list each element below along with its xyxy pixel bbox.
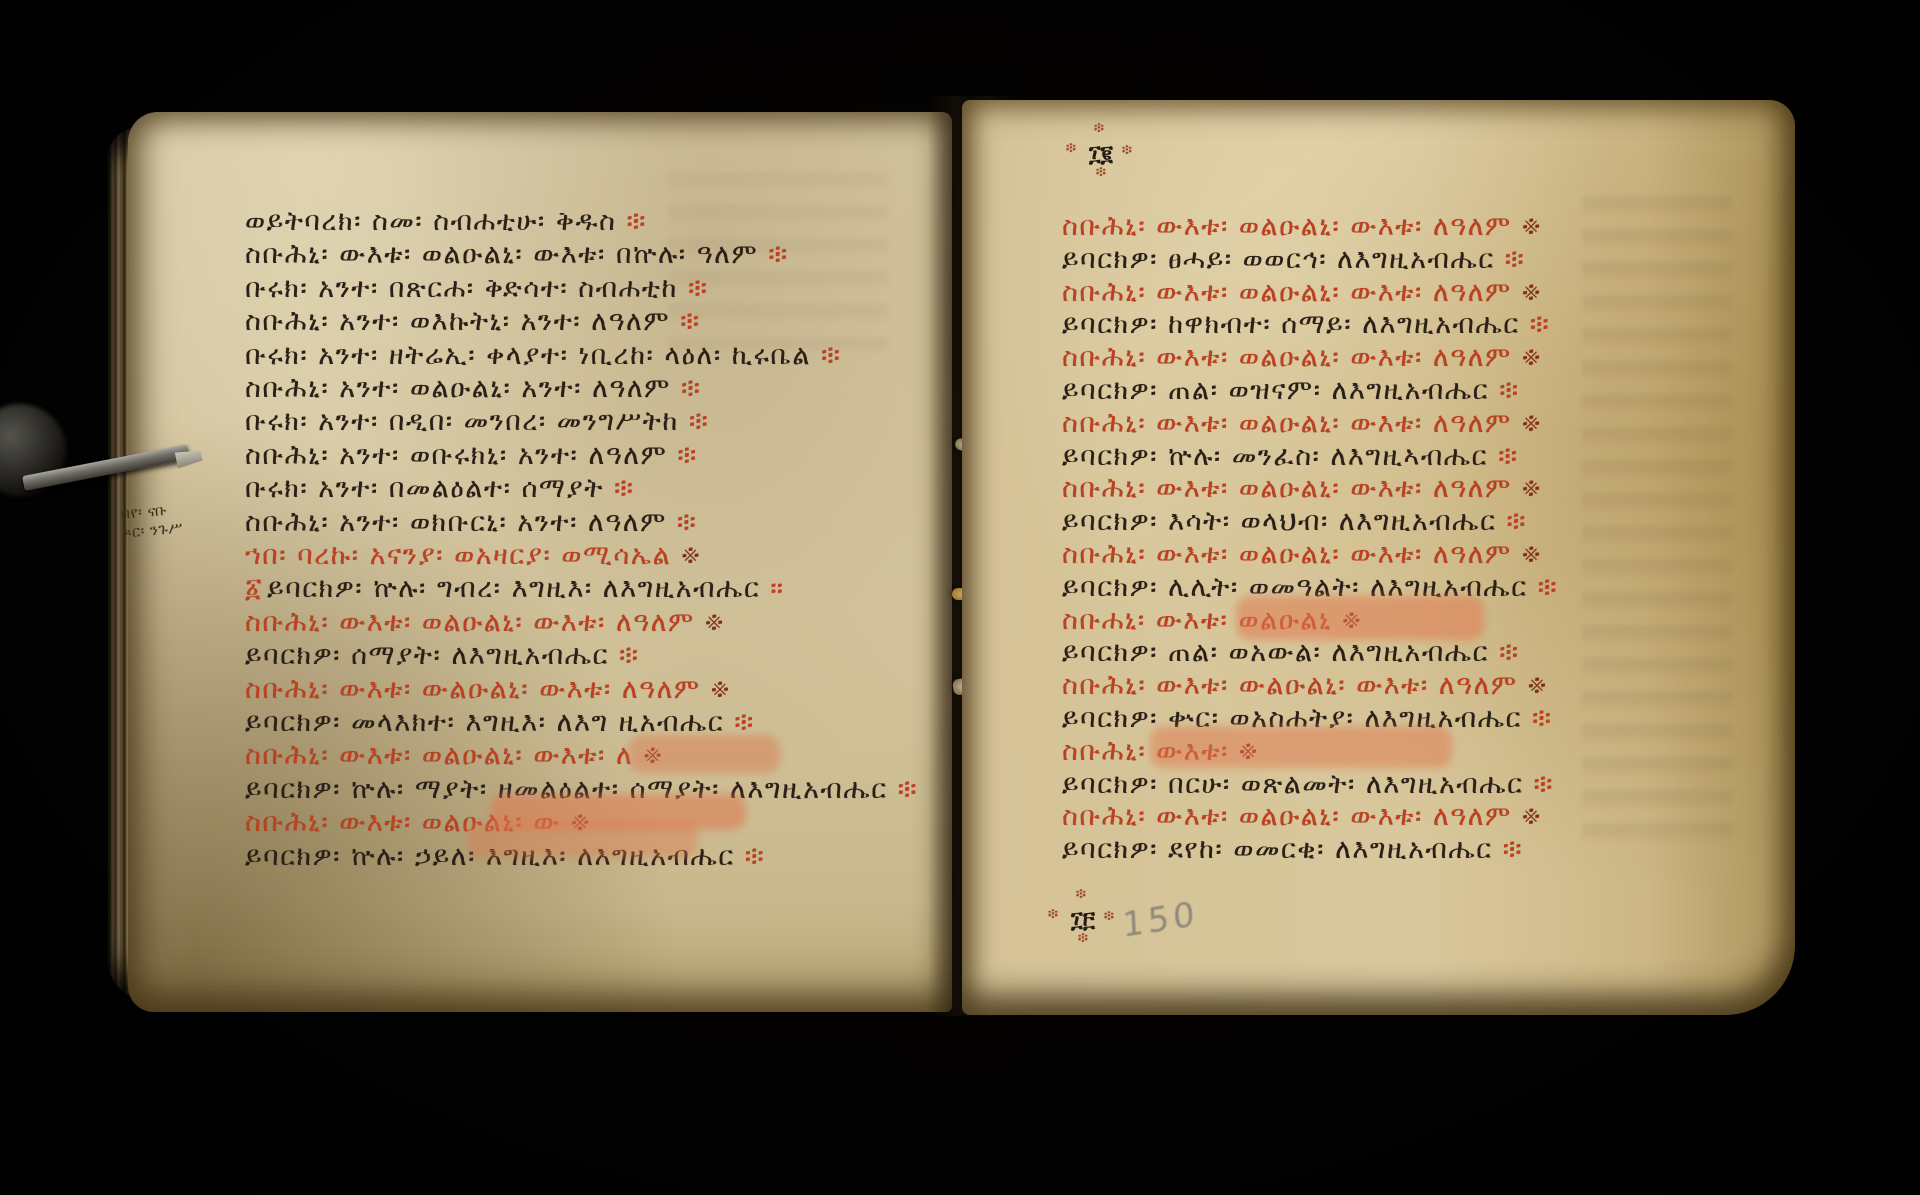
- manuscript-line: ስቡሕኒ፡ አንተ፡ ወእኩትኒ፡ አንተ፡ ለዓለም ፨: [245, 307, 701, 337]
- manuscript-line: ይባርክዎ፡ ፀሓይ፡ ወወርኅ፡ ለእግዚአብሔር ፨: [1062, 245, 1525, 275]
- line-end-mark: ፨: [758, 239, 789, 270]
- manuscript-line: ስቡሕኒ፡ አንተ፡ ወልዑልኒ፡ አንተ፡ ለዓለም ፨: [245, 374, 701, 404]
- manuscript-line: ስቡሕኒ፡ ውእቱ፡ ወልዑልኒ፡ ውእቱ፡ ለዓለም ፠: [1062, 343, 1542, 373]
- line-end-mark: ፠: [1512, 211, 1542, 242]
- manuscript-line: ስቡሕኒ፡ ውእቱ፡ ወልዑልኒ፡ ውእቱ፡ ለዓለም ፠: [245, 608, 725, 638]
- line-end-mark: ፨: [811, 340, 842, 371]
- manuscript-line: ስቡሕኒ፡ ውእቱ፡ ውልዑልኒ፡ ውእቱ፡ ለዓለም ፠: [1062, 671, 1548, 701]
- line-end-mark: ፨: [670, 306, 701, 337]
- manuscript-line: ወይትባረክ፡ ስመ፡ ስብሐቲሁ፡ ቅዱስ ፨: [245, 207, 647, 237]
- line-text: ስቡሕኒ፡ አንተ፡ ወልዑልኒ፡ አንተ፡ ለዓለም: [245, 373, 671, 404]
- manuscript-line: ይባርክዎ፡ እሳት፡ ወላህብ፡ ለእግዚአብሔር ፨: [1062, 507, 1527, 537]
- line-text: ስቡሕኒ፡ ውእቱ፡ ወልዑልኒ፡ ውእቱ፡ ለዓለም: [1062, 277, 1512, 308]
- manuscript-line: ስቡሕኒ፡ ውእቱ፡ ወልዑልኒ፡ ውእቱ፡ ለ ፠: [245, 741, 663, 771]
- ornament-cross-icon: ፨: [1076, 886, 1086, 902]
- line-text: ይባርክዎ፡ ከዋክብተ፡ ሰማይ፡ ለእግዚአብሔር: [1062, 309, 1520, 340]
- manuscript-line: ይባርክዎ፡ በርሁ፡ ወጽልመት፡ ለእግዚአብሔር ፨: [1062, 770, 1554, 800]
- manuscript-line: ይባርክዎ፡ ኵሉ፡ መንፈስ፡ ለእግዚኣብሔር ፨: [1062, 442, 1519, 472]
- line-end-mark: ፠: [1512, 342, 1542, 373]
- line-end-mark: ፨: [1496, 506, 1527, 537]
- line-number-prefix: ፩: [245, 573, 263, 604]
- line-end-mark: ፨: [1489, 375, 1520, 406]
- left-page: በየ፡ ናቡ ጾር፡ ንጉሥ ወይትባረክ፡ ስመ፡ ስብሐቲሁ፡ ቅዱስ ፨ስ…: [128, 112, 952, 1012]
- line-end-mark: ፨: [679, 406, 710, 437]
- line-end-mark: ፨: [1493, 834, 1524, 865]
- ink-smear: [1150, 726, 1452, 768]
- ornament-cross-icon: ፨: [1104, 908, 1114, 924]
- line-end-mark: ፨: [1488, 441, 1519, 472]
- manuscript-line: ስቡሕኒ፡ ውእቱ፡ ወልዑልኒ፡ ውእቱ፡ ለዓለም ፠: [1062, 474, 1542, 504]
- manuscript-line: ይባርክዎ፡ መላእክተ፡ እግዚእ፡ ለእግ ዚአብሔር ፨: [245, 708, 755, 738]
- line-end-mark: ፨: [1489, 637, 1520, 668]
- manuscript-line: ኀበ፡ ባረኩ፡ አናንያ፡ ወአዛርያ፡ ወሚሳኤል ፠: [245, 541, 701, 571]
- line-end-mark: ፠: [1512, 539, 1542, 570]
- ornament-cross-icon: ፨: [1122, 142, 1132, 158]
- line-text: ስቡሕኒ፡ ውእቱ፡ ወልዑልኒ፡ ውእቱ፡ ለ: [245, 740, 633, 771]
- line-end-mark: ፠: [671, 540, 701, 571]
- right-page: ፨ ፨ ፨ ፨ ፲፪ ስቡሕኒ፡ ውእቱ፡ ወልዑልኒ፡ ውእቱ፡ ለዓለም ፠…: [962, 100, 1795, 1015]
- line-end-mark: ፨: [735, 841, 766, 872]
- line-end-mark: ፠: [1518, 670, 1548, 701]
- line-text: ስቡሕኒ፡ ውእቱ፡ ውልዑልኒ፡ ውእቱ፡ ለዓለም: [245, 674, 701, 705]
- line-end-mark: ፠: [695, 607, 725, 638]
- line-text: ይባርክዎ፡ ደየከ፡ ወመርቂ፡ ለእግዚአብሔር: [1062, 834, 1493, 865]
- line-end-mark: ፨: [888, 774, 919, 805]
- manuscript-line: ስቡሕኒ፡ ውእቱ፡ ወልዑልኒ፡ ውእቱ፡ በኵሉ፡ ዓለም ፨: [245, 240, 789, 270]
- quire-number: ፲፫: [1071, 908, 1095, 933]
- line-text: ስቡሕኒ፡ ውእቱ፡ ወልዑልኒ፡ ውእቱ፡ ለዓለም: [245, 607, 695, 638]
- manuscript-line: ይባርክዎ፡ ከዋክብተ፡ ሰማይ፡ ለእግዚአብሔር ፨: [1062, 310, 1550, 340]
- line-text: ኀበ፡ ባረኩ፡ አናንያ፡ ወአዛርያ፡ ወሚሳኤል: [245, 540, 671, 571]
- manuscript-line: ይባርክዎ፡ ጠል፡ ወዝናም፡ ለእግዚአብሔር ፨: [1062, 376, 1520, 406]
- line-text: ስቡሕኒ፡ ውእቱ፡ ወልዑልኒ፡ ውእቱ፡ ለዓለም: [1062, 473, 1512, 504]
- metal-pointer: [0, 408, 210, 528]
- line-text: ስቡሕኒ፡ ውእቱ፡ ወልዑልኒ፡ ውእቱ፡ ለዓለም: [1062, 801, 1512, 832]
- line-text: ስቡሕኒ፡ አንተ፡ ወእኩትኒ፡ አንተ፡ ለዓለም: [245, 306, 670, 337]
- manuscript-line: ስቡሕኒ፡ ውእቱ፡ ወልዑልኒ፡ ውእቱ፡ ለዓለም ፠: [1062, 540, 1542, 570]
- manuscript-line: ቡሩክ፡ አንተ፡ ዘትሬኢ፡ ቀላያተ፡ ነቢረከ፡ ላዕለ፡ ኪሩቤል ፨: [245, 341, 842, 371]
- line-text: ቡሩክ፡ አንተ፡ በመልዕልተ፡ ሰማያት: [245, 473, 604, 504]
- line-end-mark: ፨: [667, 507, 698, 538]
- line-text: ይባርክዎ፡ መላእክተ፡ እግዚእ፡ ለእግ ዚአብሔር: [245, 707, 724, 738]
- line-text: ወይትባረክ፡ ስመ፡ ስብሐቲሁ፡ ቅዱስ: [245, 206, 616, 237]
- line-end-mark: ፨: [1520, 309, 1551, 340]
- line-end-mark: ፠: [1512, 473, 1542, 504]
- line-text: ቡሩክ፡ አንተ፡ ዘትሬኢ፡ ቀላያተ፡ ነቢረከ፡ ላዕለ፡ ኪሩቤል: [245, 340, 811, 371]
- line-text: ስቡሕኒ፡ አንተ፡ ወክቡርኒ፡ አንተ፡ ለዓለም: [245, 507, 667, 538]
- line-end-mark: ።: [760, 573, 784, 604]
- line-end-mark: ፨: [1528, 572, 1559, 603]
- manuscript-line: ፩ይባርክዎ፡ ኵሉ፡ ግብረ፡ እግዚእ፡ ለእግዚአብሔር ።: [245, 574, 784, 604]
- line-text: ስቡሕኒ፡ ውእቱ፡ ወልዑልኒ፡ ውእቱ፡ ለዓለም: [1062, 408, 1512, 439]
- line-text: ስቡሕኒ፡ ውእቱ፡ ወልዑልኒ፡ ውእቱ፡ በኵሉ፡ ዓለም: [245, 239, 758, 270]
- line-end-mark: ፨: [678, 273, 709, 304]
- line-text: ይባርክዎ፡ በርሁ፡ ወጽልመት፡ ለእግዚአብሔር: [1062, 769, 1523, 800]
- ornament-cross-icon: ፨: [1066, 140, 1076, 156]
- manuscript-line: ይባርክዎ፡ ደየከ፡ ወመርቂ፡ ለእግዚአብሔር ፨: [1062, 835, 1523, 865]
- ink-smear: [628, 735, 780, 773]
- line-end-mark: ፨: [667, 440, 698, 471]
- line-end-mark: ፠: [1512, 408, 1542, 439]
- line-end-mark: ፠: [1512, 801, 1542, 832]
- manuscript-line: ስቡሕኒ፡ ውእቱ፡ ወልዑልኒ፡ ውእቱ፡ ለዓለም ፠: [1062, 278, 1542, 308]
- line-end-mark: ፠: [701, 674, 731, 705]
- manuscript-line: ስቡሕኒ፡ አንተ፡ ወቡሩክኒ፡ አንተ፡ ለዓለም ፨: [245, 441, 698, 471]
- line-text: ይባርክዎ፡ ኵሉ፡ ግብረ፡ እግዚእ፡ ለእግዚአብሔር: [267, 573, 760, 604]
- manuscript-line: ስቡሕኒ፡ ውእቱ፡ ወልዑልኒ፡ ውእቱ፡ ለዓለም ፠: [1062, 802, 1542, 832]
- manuscript-line: ቡሩክ፡ አንተ፡ በመልዕልተ፡ ሰማያት ፨: [245, 474, 635, 504]
- line-text: ይባርክዎ፡ ሰማያት፡ ለእግዚአብሔር: [245, 640, 609, 671]
- quire-mark-bottom: ፨ ፨ ፨ ፨ ፲፫: [1044, 890, 1130, 960]
- manuscript-line: ይባርክዎ፡ ሰማያት፡ ለእግዚአብሔር ፨: [245, 641, 639, 671]
- line-end-mark: ፨: [1495, 244, 1526, 275]
- quire-number: ፲፪: [1089, 142, 1113, 167]
- line-end-mark: ፨: [724, 707, 755, 738]
- ornament-cross-icon: ፨: [1094, 120, 1104, 136]
- line-text: ስቡሕኒ፡ ውእቱ፡ ወልዑልኒ፡ ውእቱ፡ ለዓለም: [1062, 211, 1512, 242]
- manuscript-line: ስቡሕኒ፡ ውእቱ፡ ወልዑልኒ፡ ውእቱ፡ ለዓለም ፠: [1062, 409, 1542, 439]
- ornament-cross-icon: ፨: [1048, 906, 1058, 922]
- line-end-mark: ፨: [671, 373, 702, 404]
- line-text: ይባርክዎ፡ ኵሉ፡ መንፈስ፡ ለእግዚኣብሔር: [1062, 441, 1488, 472]
- line-end-mark: ፨: [609, 640, 640, 671]
- line-text: ቡሩክ፡ አንተ፡ በዲበ፡ መንበረ፡ መንግሥትከ: [245, 406, 679, 437]
- line-text: ስቡሕኒ፡ ውእቱ፡ ውልዑልኒ፡ ውእቱ፡ ለዓለም: [1062, 670, 1518, 701]
- line-text: ይባርክዎ፡ ጠል፡ ወአውል፡ ለእግዚአብሔር: [1062, 637, 1489, 668]
- ink-smear: [1236, 596, 1484, 640]
- manuscript-photograph: በየ፡ ናቡ ጾር፡ ንጉሥ ወይትባረክ፡ ስመ፡ ስብሐቲሁ፡ ቅዱስ ፨ስ…: [0, 0, 1920, 1195]
- line-end-mark: ፨: [1522, 703, 1553, 734]
- line-text: ይባርክዎ፡ እሳት፡ ወላህብ፡ ለእግዚአብሔር: [1062, 506, 1496, 537]
- line-text: ቡሩክ፡ አንተ፡ በጽርሐ፡ ቅድሳተ፡ ስብሐቲከ: [245, 273, 678, 304]
- manuscript-line: ቡሩክ፡ አንተ፡ በጽርሐ፡ ቅድሳተ፡ ስብሐቲከ ፨: [245, 274, 708, 304]
- line-end-mark: ፨: [616, 206, 647, 237]
- pencil-folio-number: 150: [1121, 894, 1199, 946]
- line-end-mark: ፨: [604, 473, 635, 504]
- line-text: ይባርክዎ፡ ጠል፡ ወዝናም፡ ለእግዚአብሔር: [1062, 375, 1489, 406]
- manuscript-line: ስቡሕኒ፡ ውእቱ፡ ወልዑልኒ፡ ውእቱ፡ ለዓለም ፠: [1062, 212, 1542, 242]
- manuscript-line: ይባርክዎ፡ ጠል፡ ወአውል፡ ለእግዚአብሔር ፨: [1062, 638, 1520, 668]
- line-text: ስቡሕኒ፡ ውእቱ፡ ወልዑልኒ፡ ውእቱ፡ ለዓለም: [1062, 539, 1512, 570]
- manuscript-line: ስቡሕኒ፡ ውእቱ፡ ውልዑልኒ፡ ውእቱ፡ ለዓለም ፠: [245, 675, 731, 705]
- line-end-mark: ፨: [1523, 769, 1554, 800]
- line-text: ስቡሕኒ፡ አንተ፡ ወቡሩክኒ፡ አንተ፡ ለዓለም: [245, 440, 667, 471]
- ink-smear: [466, 822, 698, 858]
- bleedthrough-ghost-text: [1582, 196, 1732, 856]
- line-text: ስቡሕኒ፡ ውእቱ፡ ወልዑልኒ፡ ውእቱ፡ ለዓለም: [1062, 342, 1512, 373]
- manuscript-line: ስቡሕኒ፡ አንተ፡ ወክቡርኒ፡ አንተ፡ ለዓለም ፨: [245, 508, 697, 538]
- quire-mark-top: ፨ ፨ ፨ ፨ ፲፪: [1062, 124, 1148, 194]
- line-text: ይባርክዎ፡ ፀሓይ፡ ወወርኅ፡ ለእግዚአብሔር: [1062, 244, 1495, 275]
- line-end-mark: ፠: [1512, 277, 1542, 308]
- manuscript-line: ቡሩክ፡ አንተ፡ በዲበ፡ መንበረ፡ መንግሥትከ ፨: [245, 407, 709, 437]
